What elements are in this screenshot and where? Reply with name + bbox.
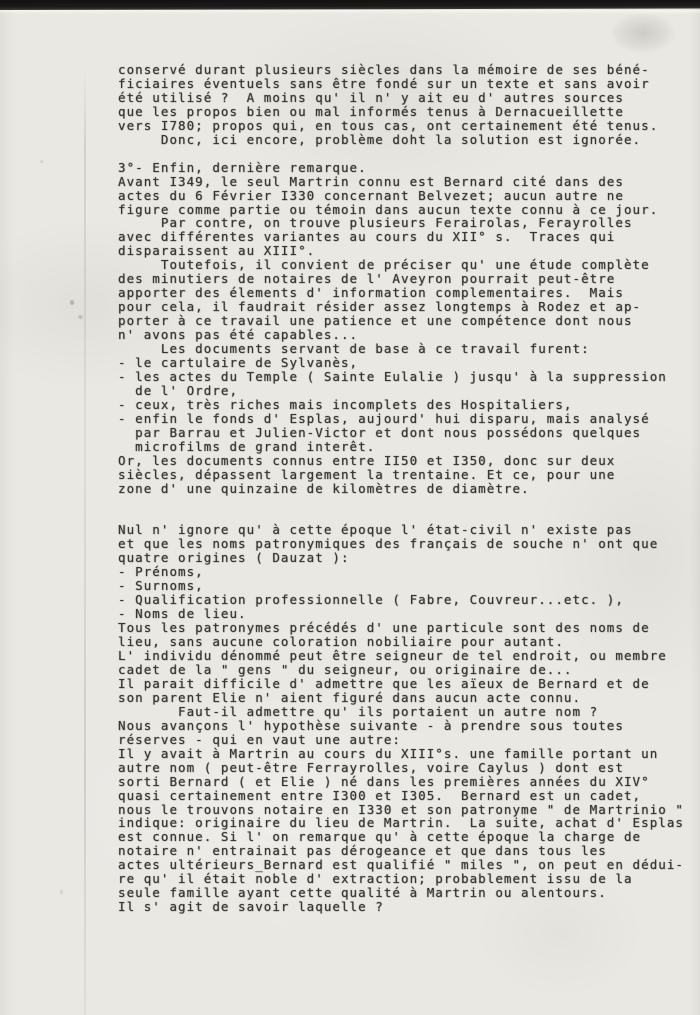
left-fold-line [84,70,86,1015]
scanned-document-page: conservé durant plusieurs siècles dans l… [0,0,700,1015]
scan-edge-highlight [0,10,700,14]
paper-speck [78,315,83,319]
scan-edge-bar [0,0,700,10]
typewritten-body-text: conservé durant plusieurs siècles dans l… [118,63,684,914]
paper-speck [40,160,43,163]
top-right-smudge [612,14,674,52]
paper-speck [60,890,63,894]
paper-speck [70,300,74,305]
